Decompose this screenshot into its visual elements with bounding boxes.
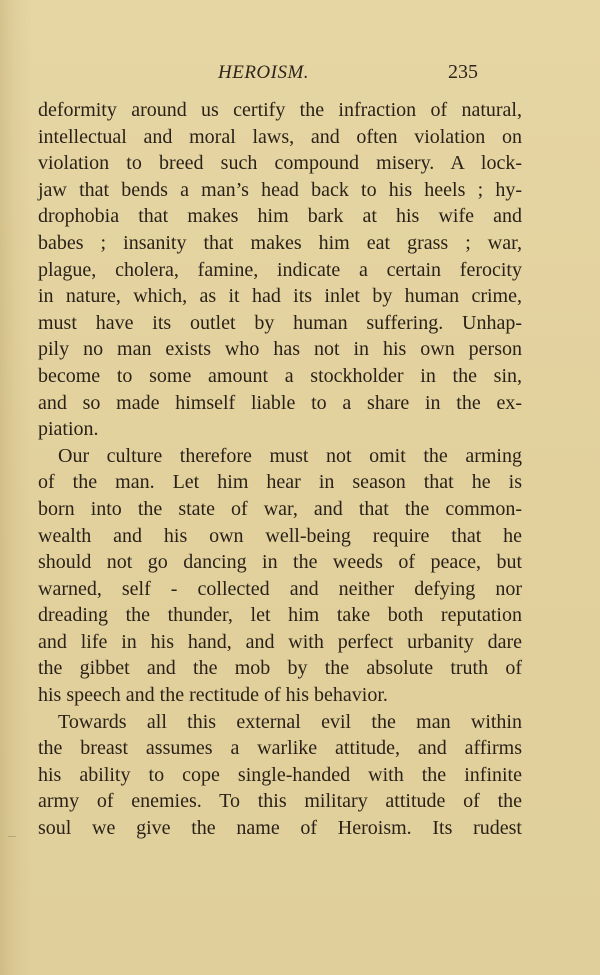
margin-mark <box>8 836 16 837</box>
text-line: should not go dancing in the weeds of pe… <box>38 549 522 576</box>
text-line: become to some amount a stockholder in t… <box>38 363 522 390</box>
text-line: army of enemies. To this military attitu… <box>38 788 522 815</box>
text-line: warned, self - collected and neither def… <box>38 576 522 603</box>
text-line: his speech and the rectitude of his beha… <box>38 682 522 709</box>
text-line: the breast assumes a warlike attitude, a… <box>38 735 522 762</box>
book-page: HEROISM. 235 deformity around us certify… <box>0 0 600 975</box>
text-line: plague, cholera, famine, indicate a cert… <box>38 257 522 284</box>
text-line: wealth and his own well-being require th… <box>38 523 522 550</box>
body-text: deformity around us certify the infracti… <box>38 97 522 842</box>
text-line: his ability to cope single-handed with t… <box>38 762 522 789</box>
text-line: dreading the thunder, let him take both … <box>38 602 522 629</box>
text-line: and life in his hand, and with perfect u… <box>38 629 522 656</box>
text-line: drophobia that makes him bark at his wif… <box>38 203 522 230</box>
text-line: of the man. Let him hear in season that … <box>38 469 522 496</box>
text-line: pily no man exists who has not in his ow… <box>38 336 522 363</box>
text-line: and so made himself liable to a share in… <box>38 390 522 417</box>
text-line: Our culture therefore must not omit the … <box>38 443 522 470</box>
text-line: born into the state of war, and that the… <box>38 496 522 523</box>
paragraph-2: Our culture therefore must not omit the … <box>38 443 522 709</box>
text-line: deformity around us certify the infracti… <box>38 97 522 124</box>
text-line: Towards all this external evil the man w… <box>38 709 522 736</box>
paragraph-1: deformity around us certify the infracti… <box>38 97 522 443</box>
running-title: HEROISM. <box>218 62 309 84</box>
text-line: piation. <box>38 416 522 443</box>
text-line: jaw that bends a man’s head back to his … <box>38 177 522 204</box>
text-line: intellectual and moral laws, and often v… <box>38 124 522 151</box>
page-number: 235 <box>448 61 478 84</box>
text-line: violation to breed such compound misery.… <box>38 150 522 177</box>
running-head: HEROISM. 235 <box>0 62 600 88</box>
text-line: the gibbet and the mob by the absolute t… <box>38 655 522 682</box>
paragraph-3: Towards all this external evil the man w… <box>38 709 522 842</box>
text-line: must have its outlet by human suffering.… <box>38 310 522 337</box>
text-line: soul we give the name of Heroism. Its ru… <box>38 815 522 842</box>
text-line: in nature, which, as it had its inlet by… <box>38 283 522 310</box>
text-line: babes ; insanity that makes him eat gras… <box>38 230 522 257</box>
